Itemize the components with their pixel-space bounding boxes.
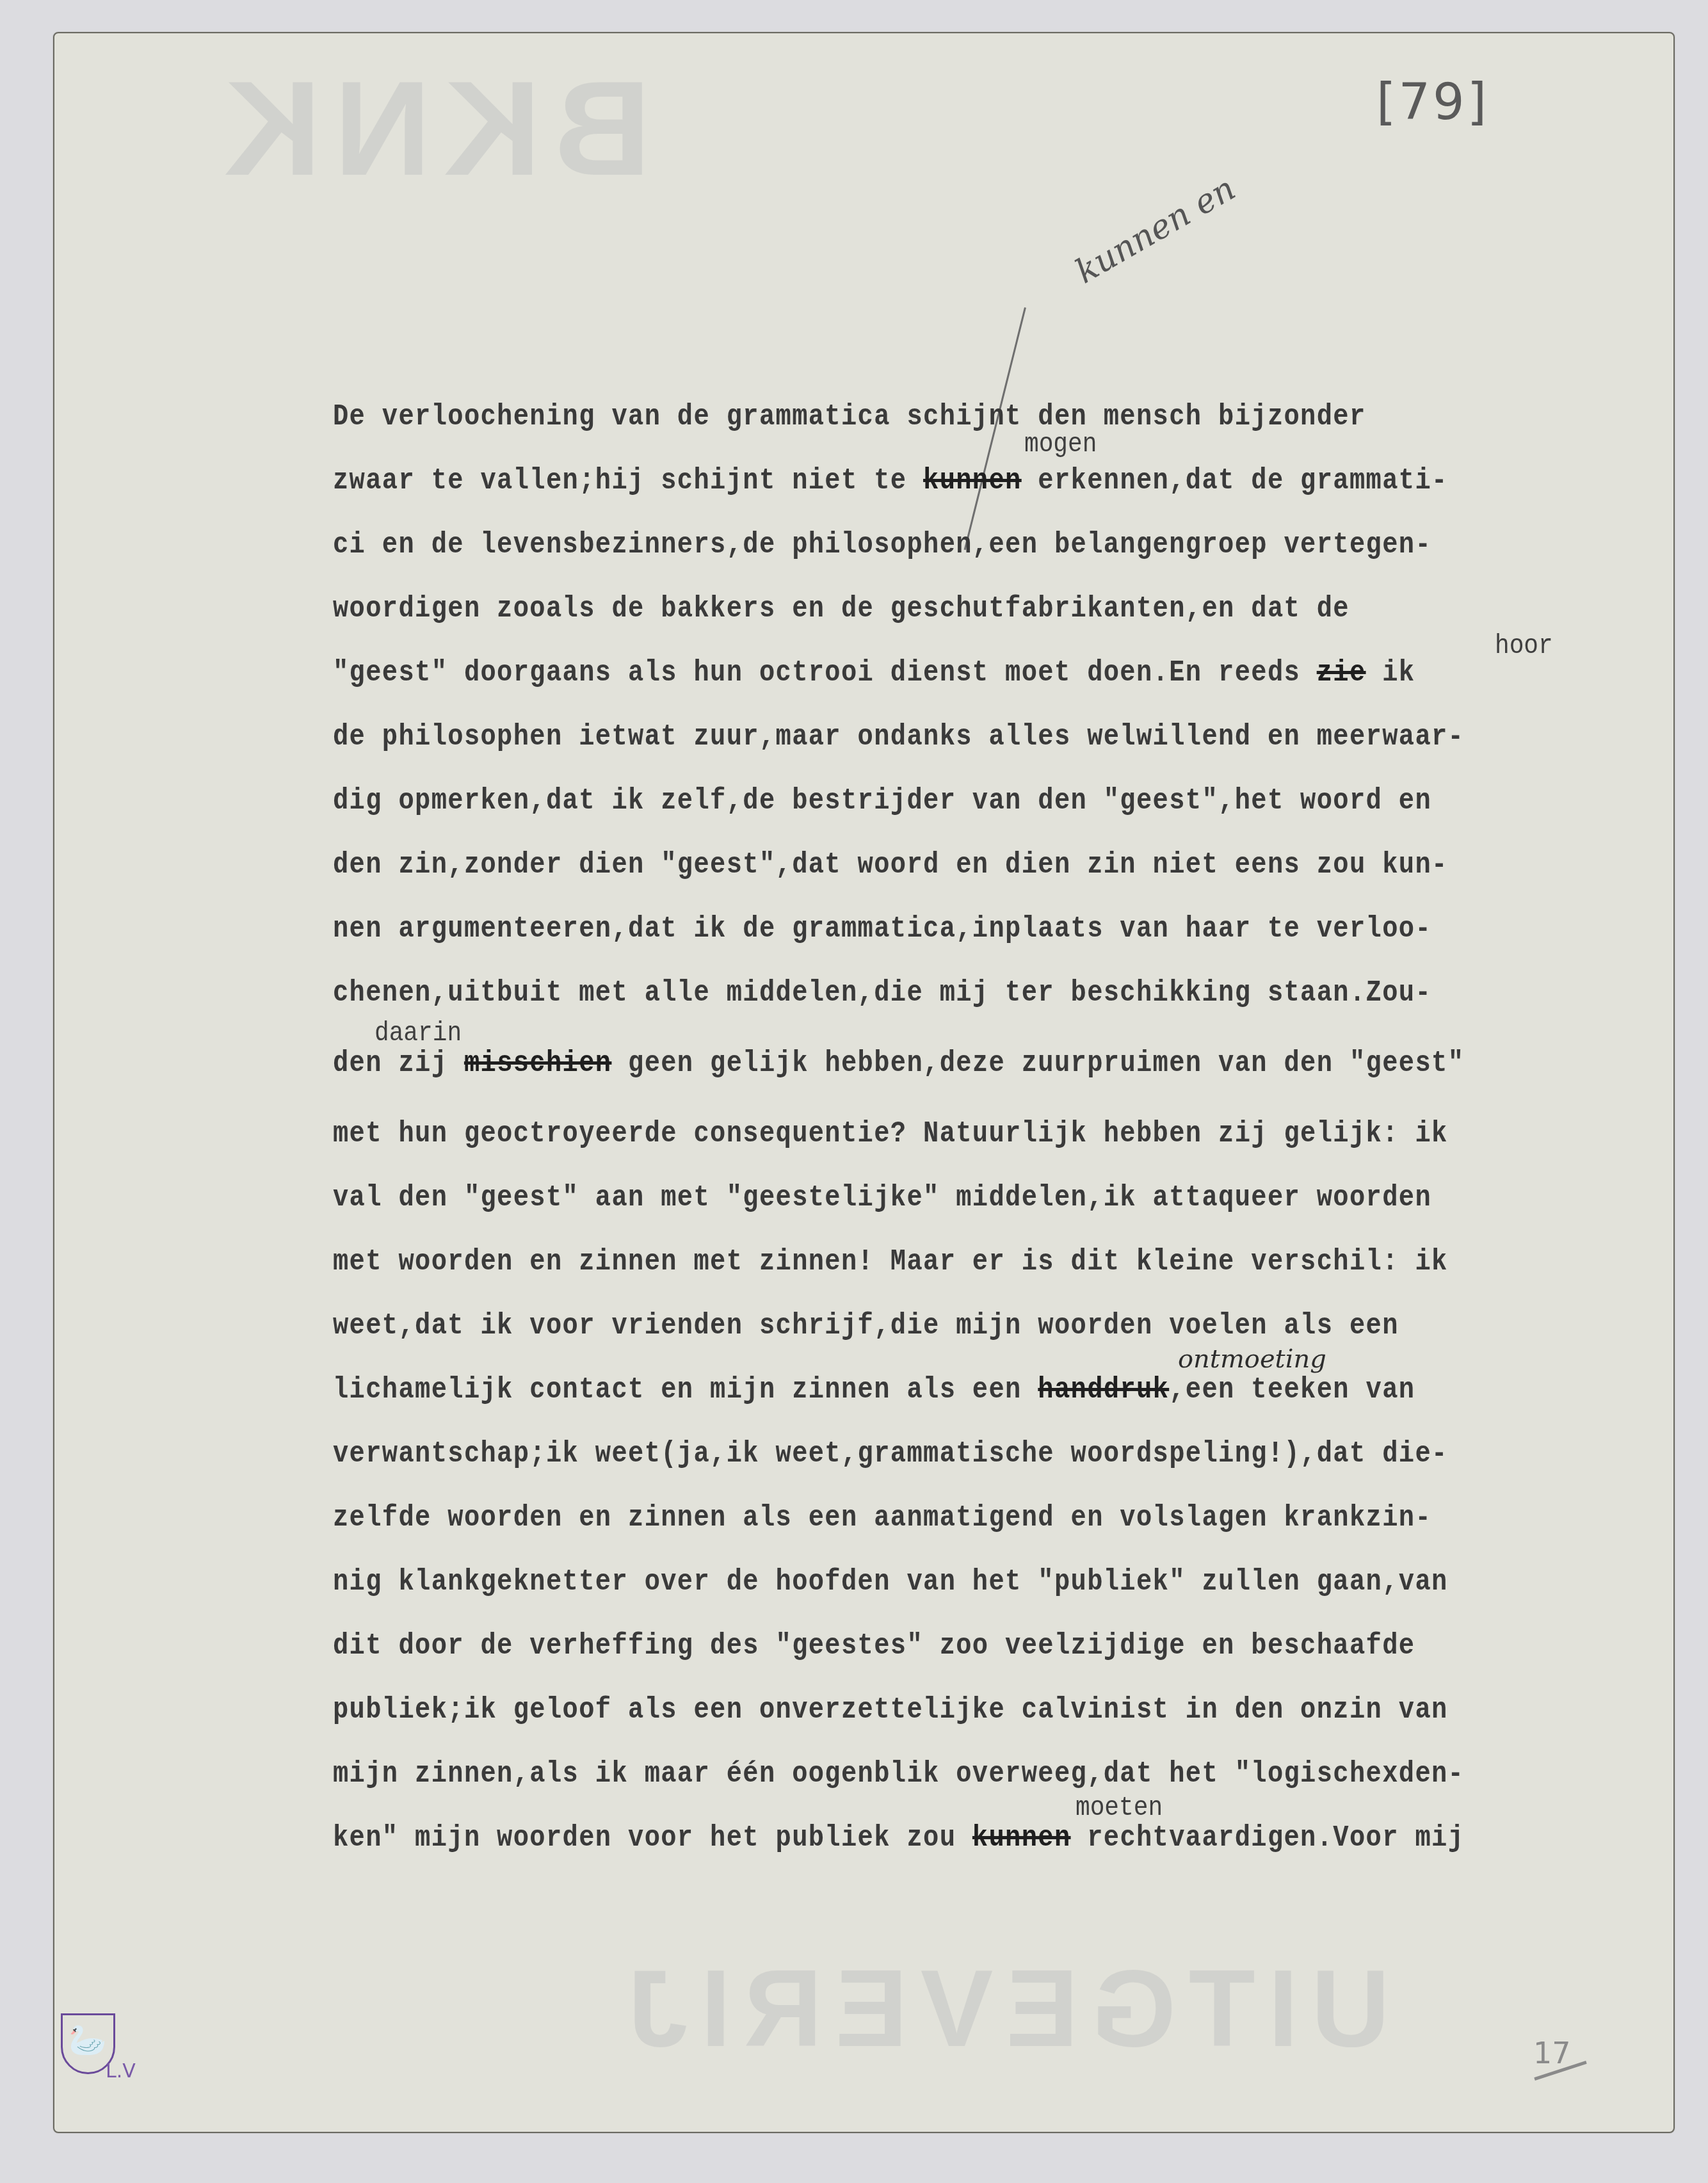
text-line: dig opmerken,dat ik zelf,de bestrijder v… — [333, 784, 1431, 818]
line-segment: erkennen,dat de grammati- — [1022, 464, 1448, 497]
struck-word: zie — [1317, 656, 1366, 689]
text-line: "geest" doorgaans als hun octrooi dienst… — [333, 656, 1415, 689]
text-line: nig klankgeknetter over de hoofden van h… — [333, 1565, 1448, 1599]
text-line: nen argumenteeren,dat ik de grammatica,i… — [333, 912, 1431, 946]
stamp-initials: L.V — [106, 2060, 136, 2082]
text-line: weet,dat ik voor vrienden schrijf,die mi… — [333, 1309, 1399, 1342]
text-line: verwantschap;ik weet(ja,ik weet,grammati… — [333, 1437, 1448, 1470]
struck-word: kunnen — [923, 464, 1022, 497]
text-line: ci en de levensbezinners,de philosophen,… — [333, 528, 1431, 561]
text-line: met woorden en zinnen met zinnen! Maar e… — [333, 1245, 1448, 1278]
text-line: zwaar te vallen;hij schijnt niet te kunn… — [333, 464, 1448, 497]
text-line: chenen,uitbuit met alle middelen,die mij… — [333, 976, 1431, 1010]
struck-word: kunnen — [972, 1821, 1071, 1855]
show-through-letters-top: BKNK — [211, 51, 651, 206]
text-line: zelfde woorden en zinnen als een aanmati… — [333, 1501, 1431, 1535]
line-segment: lichamelijk contact en mijn zinnen als e… — [333, 1373, 1038, 1406]
line-segment: zwaar te vallen;hij schijnt niet te — [333, 464, 923, 497]
text-line: woordigen zooals de bakkers en de geschu… — [333, 592, 1349, 625]
text-line: val den "geest" aan met "geestelijke" mi… — [333, 1181, 1431, 1214]
document-page — [53, 32, 1675, 2133]
line-segment: ,een teeken van — [1169, 1373, 1415, 1406]
line-segment: ken" mijn woorden voor het publiek zou — [333, 1821, 972, 1855]
text-line: ken" mijn woorden voor het publiek zou k… — [333, 1821, 1464, 1855]
line-segment: "geest" doorgaans als hun octrooi dienst… — [333, 656, 1317, 689]
text-line: den zij misschien geen gelijk hebben,dez… — [333, 1047, 1464, 1080]
struck-word: handdruk — [1038, 1373, 1169, 1406]
folio-annotation: 17 — [1533, 2036, 1571, 2070]
typed-insertion: daarin — [375, 1018, 462, 1049]
typed-insertion: mogen — [1024, 429, 1097, 460]
text-line: dit door de verheffing des "geestes" zoo… — [333, 1629, 1415, 1663]
line-segment: den zij — [333, 1047, 464, 1080]
text-line: den zin,zonder dien "geest",dat woord en… — [333, 848, 1448, 882]
show-through-stamp-bottom: UITGEVERIJ — [615, 1946, 1390, 2072]
line-segment: geen gelijk hebben,deze zuurpruimen van … — [611, 1047, 1464, 1080]
line-segment: rechtvaardigen.Voor mij — [1071, 1821, 1465, 1855]
struck-word: misschien — [464, 1047, 612, 1080]
typed-insertion: moeten — [1076, 1792, 1163, 1823]
text-line: lichamelijk contact en mijn zinnen als e… — [333, 1373, 1415, 1406]
text-line: De verloochening van de grammatica schij… — [333, 400, 1366, 433]
typed-insertion: hoor — [1495, 631, 1553, 661]
text-line: mijn zinnen,als ik maar één oogenblik ov… — [333, 1757, 1464, 1791]
handwritten-correction: ontmoeting — [1178, 1344, 1326, 1374]
text-line: de philosophen ietwat zuur,maar ondanks … — [333, 720, 1464, 753]
line-segment: ik — [1366, 656, 1415, 689]
page-number-annotation: [79] — [1376, 74, 1489, 131]
text-line: publiek;ik geloof als een onverzettelijk… — [333, 1693, 1448, 1727]
text-line: met hun geoctroyeerde consequentie? Natu… — [333, 1117, 1448, 1150]
